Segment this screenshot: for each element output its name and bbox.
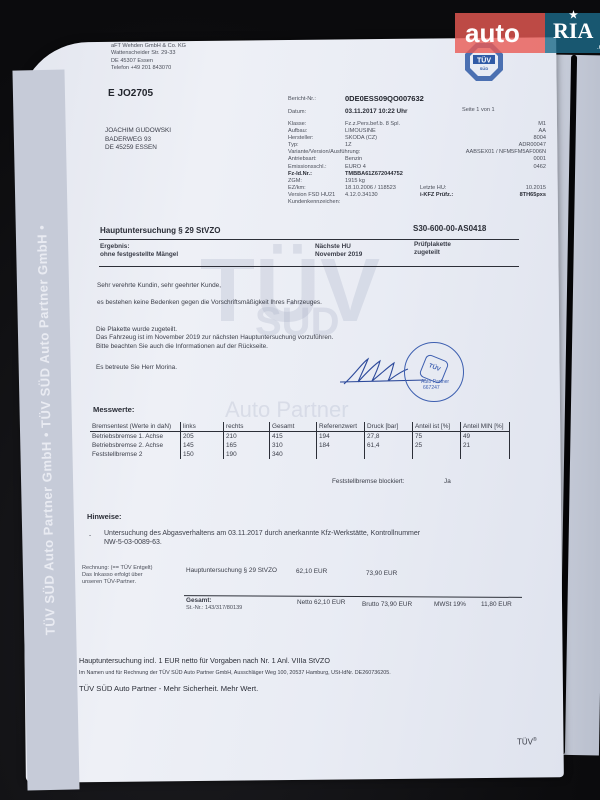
cell: 210 bbox=[224, 432, 270, 442]
row-value: 1Z bbox=[345, 142, 519, 149]
row-code: 0001 bbox=[534, 156, 546, 163]
recipient-street: BADERWEG 93 bbox=[105, 136, 171, 145]
column-header: links bbox=[181, 422, 224, 432]
cell: 184 bbox=[317, 441, 365, 450]
sender-name: aFT Wehden GmbH & Co. KG bbox=[111, 43, 186, 50]
logo-auto-text: auto bbox=[455, 13, 545, 53]
row-label: Typ: bbox=[288, 142, 345, 149]
recipient-name: JOACHIM GUDOWSKI bbox=[105, 127, 171, 136]
row-code: AABSEX01 / NFM5FM5AF006N bbox=[466, 149, 546, 156]
vehicle-details: Klasse:Fz.z.Pers.bef.b. 8 Spl.M1 Aufbau:… bbox=[288, 121, 546, 206]
stripe-text: TÜV SÜD Auto Partner GmbH • TÜV SÜD Auto… bbox=[34, 225, 58, 636]
letter-signoff: Es betreute Sie Herr Morina. bbox=[96, 364, 177, 372]
table-header: Bremsentest (Werte in daN) links rechts … bbox=[90, 422, 510, 432]
ez-label: EZ/km: bbox=[288, 185, 345, 192]
invoice-note-line: Das Inkasso erfolgt über bbox=[82, 572, 152, 579]
table-row: Betriebsbremse 1. Achse 205 210 415 194 … bbox=[90, 432, 510, 442]
vehicle-row: Emissionsschl.:EURO 40462 bbox=[288, 164, 546, 171]
recipient-city: DE 45259 ESSEN bbox=[105, 144, 171, 153]
cell bbox=[365, 450, 413, 459]
svg-text:TÜV: TÜV bbox=[477, 56, 491, 65]
invoice-net: 62,10 EUR bbox=[296, 568, 327, 576]
brake-test-table: Bremsentest (Werte in daN) links rechts … bbox=[90, 422, 510, 459]
letter-line: Das Fahrzeug ist im November 2019 zur nä… bbox=[96, 334, 333, 342]
letter-line: es bestehen keine Bedenken gegen die Vor… bbox=[97, 299, 322, 307]
letter-paragraph: Die Plakette wurde zugeteilt. Das Fahrze… bbox=[96, 326, 333, 351]
row-code: ADR00047 bbox=[519, 142, 546, 149]
total-label: Gesamt: bbox=[186, 597, 212, 605]
watermark-auto-partner: Auto Partner bbox=[225, 397, 349, 423]
cell: 150 bbox=[181, 450, 224, 459]
vehicle-row: Klasse:Fz.z.Pers.bef.b. 8 Spl.M1 bbox=[288, 121, 546, 128]
version-row: Version FSD HU214.12.0.34130i-KFZ Prüfz.… bbox=[288, 192, 546, 199]
vehicle-row: Hersteller:SKODA (CZ)8004 bbox=[288, 135, 546, 142]
row-label: Emissionsschl.: bbox=[288, 164, 345, 171]
note-line: NW-5-03-0089-63. bbox=[104, 539, 420, 548]
last-hu-label: Letzte HU: bbox=[420, 185, 526, 192]
note-line: Untersuchung des Abgasverhaltens am 03.1… bbox=[104, 530, 420, 539]
cell: 25 bbox=[413, 441, 461, 450]
version-label: Version FSD HU21 bbox=[288, 192, 345, 199]
divider bbox=[99, 266, 519, 267]
date-value: 03.11.2017 10:22 Uhr bbox=[345, 108, 408, 115]
registered-mark: ® bbox=[533, 737, 537, 743]
column-header: Bremsentest (Werte in daN) bbox=[90, 422, 181, 432]
invoice-note-line: Rechnung: (== TÜV Entgelt) bbox=[82, 565, 152, 572]
column-header: rechts bbox=[224, 422, 270, 432]
vehicle-row: Variante/Version/Ausführung:AABSEX01 / N… bbox=[288, 149, 546, 156]
last-hu-value: 10.2015 bbox=[526, 185, 546, 192]
date-label: Datum: bbox=[288, 109, 306, 116]
cell: 145 bbox=[181, 441, 224, 450]
cell: 21 bbox=[461, 441, 510, 450]
cell: 27,8 bbox=[365, 432, 413, 442]
result-value: ohne festgestellte Mängel bbox=[100, 251, 178, 259]
bullet: - bbox=[89, 532, 91, 540]
zgm-value: 1915 kg bbox=[345, 178, 546, 185]
note-item: Untersuchung des Abgasverhaltens am 03.1… bbox=[104, 530, 420, 547]
invoice-item: Hauptuntersuchung § 29 StVZO bbox=[186, 567, 277, 575]
row-label: Hersteller: bbox=[288, 135, 345, 142]
customer-plate-label: Kundenkennzeichen: bbox=[288, 199, 546, 206]
cell: 165 bbox=[224, 441, 270, 450]
vehicle-row: Aufbau:LIMOUSINEAA bbox=[288, 128, 546, 135]
sticker-block: Prüfplakette zugeteilt bbox=[414, 241, 451, 257]
autoria-watermark-logo: auto ★ RIA .com bbox=[455, 13, 600, 53]
column-header: Anteil MIN [%] bbox=[461, 422, 510, 432]
inspection-stamp: TÜV Auto Partner 667247 bbox=[404, 342, 464, 402]
row-value bbox=[398, 149, 466, 156]
table-row: Feststellbremse 2 150 190 340 bbox=[90, 450, 510, 459]
cell: 190 bbox=[224, 450, 270, 459]
cell bbox=[413, 450, 461, 459]
sender-street: Wattenscheider Str. 29-33 bbox=[111, 50, 186, 57]
cell: 75 bbox=[413, 432, 461, 442]
row-value: Fz.z.Pers.bef.b. 8 Spl. bbox=[345, 121, 538, 128]
column-header: Referenzwert bbox=[317, 422, 365, 432]
row-label: Aufbau: bbox=[288, 128, 345, 135]
cell: 49 bbox=[461, 432, 510, 442]
stamp-number: 667247 bbox=[423, 385, 440, 391]
ez-value: 18.10.2006 / 118523 bbox=[345, 185, 420, 192]
vat-label: MWSt 19% bbox=[434, 601, 466, 609]
letter-line: Die Plakette wurde zugeteilt. bbox=[96, 326, 333, 334]
ikfz-value: 8TH65pxs bbox=[520, 192, 546, 199]
cell: Feststellbremse 2 bbox=[90, 450, 181, 459]
footer-slogan: TÜV SÜD Auto Partner - Mehr Sicherheit. … bbox=[79, 684, 258, 693]
row-label: Klasse: bbox=[288, 121, 345, 128]
sender-address: aFT Wehden GmbH & Co. KG Wattenscheider … bbox=[111, 43, 186, 73]
vin-row: Fz-Id.Nr.:TMBBA61Z672044752 bbox=[288, 171, 546, 178]
cell: 194 bbox=[317, 432, 365, 442]
cell: 61,4 bbox=[365, 441, 413, 450]
sender-phone: Telefon +49 201 843070 bbox=[111, 65, 186, 72]
report-number: 0DE0ESS09QO007632 bbox=[345, 94, 424, 103]
logo-ria-block: ★ RIA .com bbox=[545, 13, 600, 53]
column-header: Anteil ist [%] bbox=[413, 422, 461, 432]
row-value: Benzin bbox=[345, 156, 534, 163]
report-number-label: Bericht-Nr.: bbox=[288, 96, 316, 103]
tax-number: St.-Nr.: 143/317/80139 bbox=[186, 605, 242, 612]
row-code: 0462 bbox=[534, 164, 546, 171]
invoice-note: Rechnung: (== TÜV Entgelt) Das Inkasso e… bbox=[82, 565, 152, 586]
row-value: SKODA (CZ) bbox=[345, 135, 534, 142]
notes-title: Hinweise: bbox=[87, 512, 122, 521]
footer-line-2: Im Namen und für Rechnung der TÜV SÜD Au… bbox=[79, 670, 391, 676]
hu-title: Hauptuntersuchung § 29 StVZO bbox=[100, 226, 220, 235]
cell: Betriebsbremse 2. Achse bbox=[90, 441, 181, 450]
version-value: 4.12.0.34130 bbox=[345, 192, 420, 199]
zgm-row: ZGM:1915 kg bbox=[288, 178, 546, 185]
tuv-footer-text: TÜV bbox=[517, 738, 533, 747]
ikfz-label: i-KFZ Prüfz.: bbox=[420, 192, 520, 199]
cell: 310 bbox=[270, 441, 317, 450]
row-code: AA bbox=[539, 128, 546, 135]
column-header: Druck [bar] bbox=[365, 422, 413, 432]
sticker-value: zugeteilt bbox=[414, 249, 451, 257]
table-row: Betriebsbremse 2. Achse 145 165 310 184 … bbox=[90, 441, 510, 450]
vehicle-row: Typ:1ZADR00047 bbox=[288, 142, 546, 149]
ez-row: EZ/km:18.10.2006 / 118523Letzte HU:10.20… bbox=[288, 185, 546, 192]
row-code: M1 bbox=[538, 121, 546, 128]
vat-value: 11,80 EUR bbox=[481, 601, 512, 609]
cell: 415 bbox=[270, 432, 317, 442]
footer-line-1: Hauptuntersuchung incl. 1 EUR netto für … bbox=[79, 656, 330, 665]
next-hu-value: November 2019 bbox=[315, 251, 362, 259]
row-value: EURO 4 bbox=[345, 164, 534, 171]
row-label: Variante/Version/Ausführung: bbox=[288, 149, 398, 156]
row-code: 8004 bbox=[534, 135, 546, 142]
next-hu-block: Nächste HU November 2019 bbox=[315, 243, 362, 259]
sticker-label: Prüfplakette bbox=[414, 241, 451, 249]
svg-text:SÜD: SÜD bbox=[480, 66, 489, 71]
row-label: Antriebsart: bbox=[288, 156, 345, 163]
greeting: Sehr verehrte Kundin, sehr geehrter Kund… bbox=[97, 282, 221, 290]
page-indicator: Seite 1 von 1 bbox=[462, 107, 495, 114]
next-hu-label: Nächste HU bbox=[315, 243, 362, 251]
vehicle-row: Antriebsart:Benzin0001 bbox=[288, 156, 546, 163]
zgm-label: ZGM: bbox=[288, 178, 345, 185]
divider bbox=[99, 239, 519, 240]
logo-ria-text: RIA bbox=[553, 18, 593, 43]
vin-label: Fz-Id.Nr.: bbox=[288, 171, 345, 178]
measurements-title: Messwerte: bbox=[93, 405, 134, 414]
row-value: LIMOUSINE bbox=[345, 128, 539, 135]
sender-city: DE 45307 Essen bbox=[111, 58, 186, 65]
result-block: Ergebnis: ohne festgestellte Mängel bbox=[100, 243, 178, 259]
star-icon: ★ bbox=[569, 11, 578, 21]
cell bbox=[317, 450, 365, 459]
license-plate: E JO2705 bbox=[108, 88, 153, 99]
column-header: Gesamt bbox=[270, 422, 317, 432]
tuv-footer-logo: TÜV® bbox=[517, 737, 537, 747]
cell bbox=[461, 450, 510, 459]
invoice-gross: 73,90 EUR bbox=[366, 570, 397, 578]
vin-value: TMBBA61Z672044752 bbox=[345, 171, 546, 178]
hu-code: S30-600-00-AS0418 bbox=[413, 224, 486, 233]
result-label: Ergebnis: bbox=[100, 243, 178, 251]
cell: 205 bbox=[181, 432, 224, 442]
parking-brake-label: Feststellbremse blockiert: bbox=[332, 478, 404, 486]
cell: Betriebsbremse 1. Achse bbox=[90, 432, 181, 442]
recipient-address: JOACHIM GUDOWSKI BADERWEG 93 DE 45259 ES… bbox=[105, 127, 171, 153]
total-net: Netto 62,10 EUR bbox=[297, 599, 345, 607]
letter-line: Bitte beachten Sie auch die Informatione… bbox=[96, 343, 333, 351]
parking-brake-value: Ja bbox=[444, 478, 451, 486]
total-gross: Brutto 73,90 EUR bbox=[362, 601, 412, 609]
invoice-note-line: unseren TÜV-Partner. bbox=[82, 579, 152, 586]
cell: 340 bbox=[270, 450, 317, 459]
